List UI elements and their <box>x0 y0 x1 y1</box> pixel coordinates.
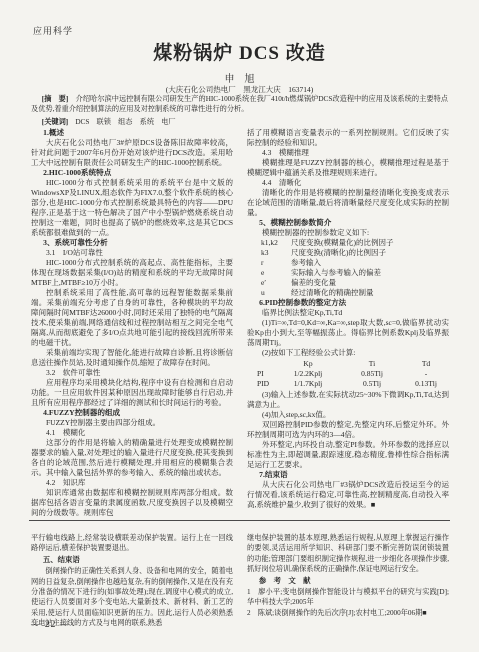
right-column: 括了用模糊语言变量表示的一系列控制规则。它们反映了实际控制的经验和知识。 4.3… <box>247 128 449 518</box>
subsection-heading-4-1: 4.1 模糊化 <box>31 428 233 438</box>
subsection-heading-4-4: 4.4 清晰化 <box>247 178 449 188</box>
parameter-symbol: e′ <box>261 278 291 288</box>
paragraph: FUZZY控制器主要由四部分组成。 <box>31 418 233 428</box>
subsection-heading-3-1: 3.1 I/O站可靠性 <box>31 248 233 258</box>
parameter-definition: k3 尺度变换(清晰化)的比例因子 <box>247 248 449 258</box>
article-title: 煤粉锅炉 DCS 改造 <box>0 38 479 65</box>
paragraph: 模糊推理是FUZZY控制器的核心，模糊推理过程是基于模糊逻辑中蕴涵关系及推理规则… <box>247 158 449 178</box>
table-header-cell: Kp <box>275 359 341 369</box>
parameter-description: 实际输入与参考输入的偏差 <box>291 268 449 278</box>
section-heading-4: 4.FUZZY控制器的组成 <box>31 408 233 418</box>
author-name: 申 旭 <box>0 70 479 85</box>
footer-columns: 平行输电线路上,经常装设横联差动保护装置。运行上在一回线路停运后,横差保护装置要… <box>31 533 449 629</box>
parameter-definition: e′ 偏差的变化量 <box>247 278 449 288</box>
journal-page: 应用科学 煤粉锅炉 DCS 改造 申 旭 (大庆石化公司热电厂 黑龙江大庆 16… <box>0 0 479 652</box>
abstract-block: [摘 要] 介绍哈尔滨中远控制有限公司研发生产的HIC-1000系统在我厂410… <box>31 95 448 114</box>
parameter-symbol: k1,k2 <box>261 238 291 248</box>
footer-section-heading: 五、结束语 <box>31 555 233 565</box>
references-heading: 参 考 文 献 <box>247 576 449 586</box>
parameter-description: 尺度变换(清晰化)的比例因子 <box>291 248 449 258</box>
paragraph: (1)Ti=∞,Td=0,Kd=∞,Ka=∞,step取大数,sc=0,做临界扰… <box>247 318 449 348</box>
pid-tuning-table: Kp Ti Td PI 1/2.2Kplj 0.85Tlj - PID 1/1.… <box>249 359 449 389</box>
parameter-description: 尺度变换(模糊量化)的比例因子 <box>291 238 449 248</box>
table-header-cell: Td <box>403 359 449 369</box>
section-heading-6: 6.PID控制参数的整定方法 <box>247 298 449 308</box>
continuation-paragraph: 平行输电线路上,经常装设横联差动保护装置。运行上在一回线路停运后,横差保护装置要… <box>31 533 233 554</box>
table-cell: 1/1.7Kplj <box>275 379 341 389</box>
keywords-paragraph: [关键词] DCS 联锁 组态 系统 电厂 <box>31 117 448 127</box>
subsection-heading-4-3: 4.3 模糊推理 <box>247 148 449 158</box>
abstract-text: 介绍哈尔滨中远控制有限公司研发生产的HIC-1000系统在我厂410t/h燃煤锅… <box>31 95 448 113</box>
page-number: — 22 — <box>31 620 70 630</box>
table-cell: 0.13Tlj <box>403 379 449 389</box>
paragraph: 大庆石化公司热电厂3#炉原DCS设备陈旧故障率较高，针对此问题于2007年6月份… <box>31 138 233 168</box>
table-cell: 0.5Tlj <box>341 379 403 389</box>
table-header-cell: Ti <box>341 359 403 369</box>
column-category-label: 应用科学 <box>33 24 73 37</box>
parameter-symbol: e <box>261 268 291 278</box>
continuation-paragraph: 括了用模糊语言变量表示的一系列控制规则。它们反映了实际控制的经验和知识。 <box>247 128 449 148</box>
paragraph: 模糊控制器的控制参数定义如下: <box>247 228 449 238</box>
continuation-paragraph: 继电保护装置的基本原理,熟悉运行规程,从原理上掌握运行操作的要领,灵活运用所学知… <box>247 533 449 575</box>
parameter-symbol: r <box>261 258 291 268</box>
paragraph: 采集前端均实现了智能化,能进行故障自诊断,且将诊断信息送往操作员站,及时通知操作… <box>31 348 233 368</box>
abstract-label: [摘 要] <box>42 95 69 103</box>
section-heading-5: 5、模糊控制参数简介 <box>247 218 449 228</box>
table-cell: 1/2.2Kplj <box>275 369 341 379</box>
paragraph: 从大庆石化公司热电厂#3锅炉DCS改造后投运至今的运行情况看,该系统运行稳定,可… <box>247 480 449 510</box>
parameter-definition: u 经过清晰化的精确控制量 <box>247 288 449 298</box>
reference-item: 2 陈斌;谈倒闸操作的先后次序[J];农村电工;2000年06期■ <box>247 608 449 618</box>
paragraph: 知识库通常由数据库和模糊控制规则库两部分组成。数据库包括各语言变量的隶属度函数,… <box>31 488 233 518</box>
keywords-block: [关键词] DCS 联锁 组态 系统 电厂 <box>31 117 448 127</box>
paragraph: 临界比例法整定Kp,Ti,Td <box>247 308 449 318</box>
footer-left-column: 平行输电线路上,经常装设横联差动保护装置。运行上在一回线路停运后,横差保护装置要… <box>31 533 233 629</box>
table-header-cell <box>249 359 275 369</box>
footer-right-column: 继电保护装置的基本原理,熟悉运行规程,从原理上掌握运行操作的要领,灵活运用所学知… <box>247 533 449 629</box>
paragraph: (2)按如下工程经验公式计算: <box>247 348 449 358</box>
paragraph: 清晰化的作用是将模糊的控制量经清晰化变换变成表示在论域范围的清晰量,最后将清晰量… <box>247 188 449 218</box>
parameter-definition: r 参考输入 <box>247 258 449 268</box>
section-heading-1: 1.概述 <box>31 128 233 138</box>
table-cell: PID <box>249 379 275 389</box>
paragraph: (3)输入上述参数,在实际扰动25~30%下微调Kp,Ti,Td,达到满意为止。 <box>247 390 449 410</box>
subsection-heading-3-2: 3.2 软件可靠性 <box>31 368 233 378</box>
abstract-paragraph: [摘 要] 介绍哈尔滨中远控制有限公司研发生产的HIC-1000系统在我厂410… <box>31 95 448 114</box>
paragraph: 应用程序均采用模块化结构,程序中设有自检测和自启动功能。一旦应用软件因某种原因出… <box>31 378 233 408</box>
parameter-definition: e 实际输入与参考输入的偏差 <box>247 268 449 278</box>
table-cell: PI <box>249 369 275 379</box>
keywords-label: [关键词] <box>42 118 68 126</box>
paragraph: 外环整定,内环投自动,整定PI参数。外环参数的选择应以标准性为主,即超调量,跟踪… <box>247 440 449 470</box>
parameter-symbol: k3 <box>261 248 291 258</box>
paragraph: 双回路控制PID参数的整定,先整定内环,后整定外环。外环控制周期可选为内环的3—… <box>247 420 449 440</box>
keywords-text: DCS 联锁 组态 系统 电厂 <box>75 118 175 126</box>
author-affiliation: (大庆石化公司热电厂 黑龙江大庆 163714) <box>0 84 479 95</box>
paragraph: 控制系统采用了高性能,高可靠的远程智能数据采集前端。采集前端充分考虑了自身的可靠… <box>31 288 233 348</box>
paragraph: 这部分的作用是将输入的精确量进行处理变成模糊控制器要求的输入量,对处理过的输入量… <box>31 438 233 478</box>
table-cell: 0.85Tlj <box>341 369 403 379</box>
paragraph: (4)加入step,sc,kx值。 <box>247 410 449 420</box>
parameter-description: 偏差的变化量 <box>291 278 449 288</box>
table-cell: - <box>403 369 449 379</box>
article-divider-rule <box>29 520 450 521</box>
paragraph: HIC-1000分布式控制系统采用的系统平台是中文版的WindowsXP及LIN… <box>31 178 233 238</box>
parameter-description: 经过清晰化的精确控制量 <box>291 288 449 298</box>
left-column: 1.概述 大庆石化公司热电厂3#炉原DCS设备陈旧故障率较高，针对此问题于200… <box>31 128 233 518</box>
subsection-heading-4-2: 4.2 知识库 <box>31 478 233 488</box>
parameter-symbol: u <box>261 288 291 298</box>
parameter-description: 参考输入 <box>291 258 449 268</box>
reference-item: 1 廖小平;变电倒闸操作智能设计与模拟平台的研究与实践[D];华中科技大学;20… <box>247 587 449 608</box>
section-heading-2: 2.HIC-1000系统特点 <box>31 168 233 178</box>
section-heading-3: 3、系统可靠性分析 <box>31 238 233 248</box>
body-columns: 1.概述 大庆石化公司热电厂3#炉原DCS设备陈旧故障率较高，针对此问题于200… <box>31 128 449 518</box>
section-heading-7: 7.结束语 <box>247 470 449 480</box>
paragraph: HIC-1000分布式控制系统的高起点、高性能指标，主要体现在现场数据采集(I/… <box>31 258 233 288</box>
parameter-definition: k1,k2 尺度变换(模糊量化)的比例因子 <box>247 238 449 248</box>
